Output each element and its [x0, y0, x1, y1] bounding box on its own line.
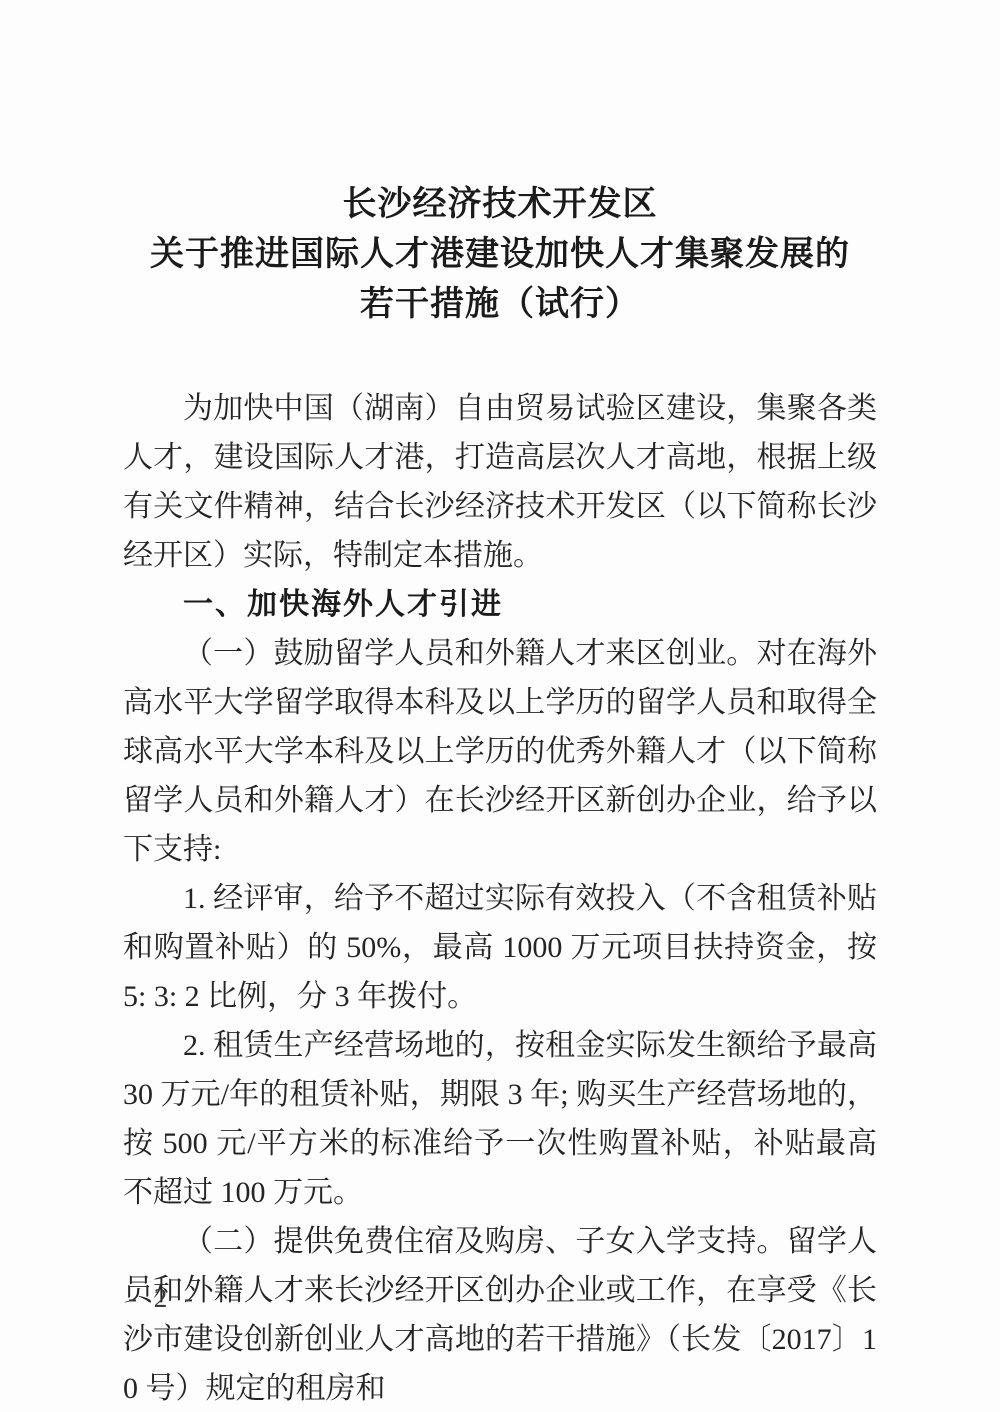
title-line-2: 关于推进国际人才港建设加快人才集聚发展的: [70, 230, 930, 280]
title-line-3: 若干措施（试行）: [70, 280, 930, 330]
paragraph-item-1-sub-2: 2. 租赁生产经营场地的，按租金实际发生额给予最高 30 万元/年的租赁补贴，期…: [123, 1021, 877, 1217]
paragraph-item-2: （二）提供免费住宿及购房、子女入学支持。留学人员和外籍人才来长沙经开区创办企业或…: [123, 1217, 877, 1412]
document-title: 长沙经济技术开发区 关于推进国际人才港建设加快人才集聚发展的 若干措施（试行）: [70, 180, 930, 330]
section-heading-1: 一、加快海外人才引进: [123, 580, 877, 629]
paragraph-intro: 为加快中国（湖南）自由贸易试验区建设，集聚各类人才，建设国际人才港，打造高层次人…: [123, 384, 877, 580]
title-line-1: 长沙经济技术开发区: [70, 180, 930, 230]
paragraph-item-1: （一）鼓励留学人员和外籍人才来区创业。对在海外高水平大学留学取得本科及以上学历的…: [123, 629, 877, 874]
scanned-document-page: 长沙经济技术开发区 关于推进国际人才港建设加快人才集聚发展的 若干措施（试行） …: [0, 0, 1000, 1412]
document-body: 为加快中国（湖南）自由贸易试验区建设，集聚各类人才，建设国际人才港，打造高层次人…: [123, 384, 877, 1412]
paragraph-item-1-sub-1: 1. 经评审，给予不超过实际有效投入（不含租赁补贴和购置补贴）的 50%，最高 …: [123, 874, 877, 1021]
page-number: - 2 -: [128, 1283, 198, 1314]
